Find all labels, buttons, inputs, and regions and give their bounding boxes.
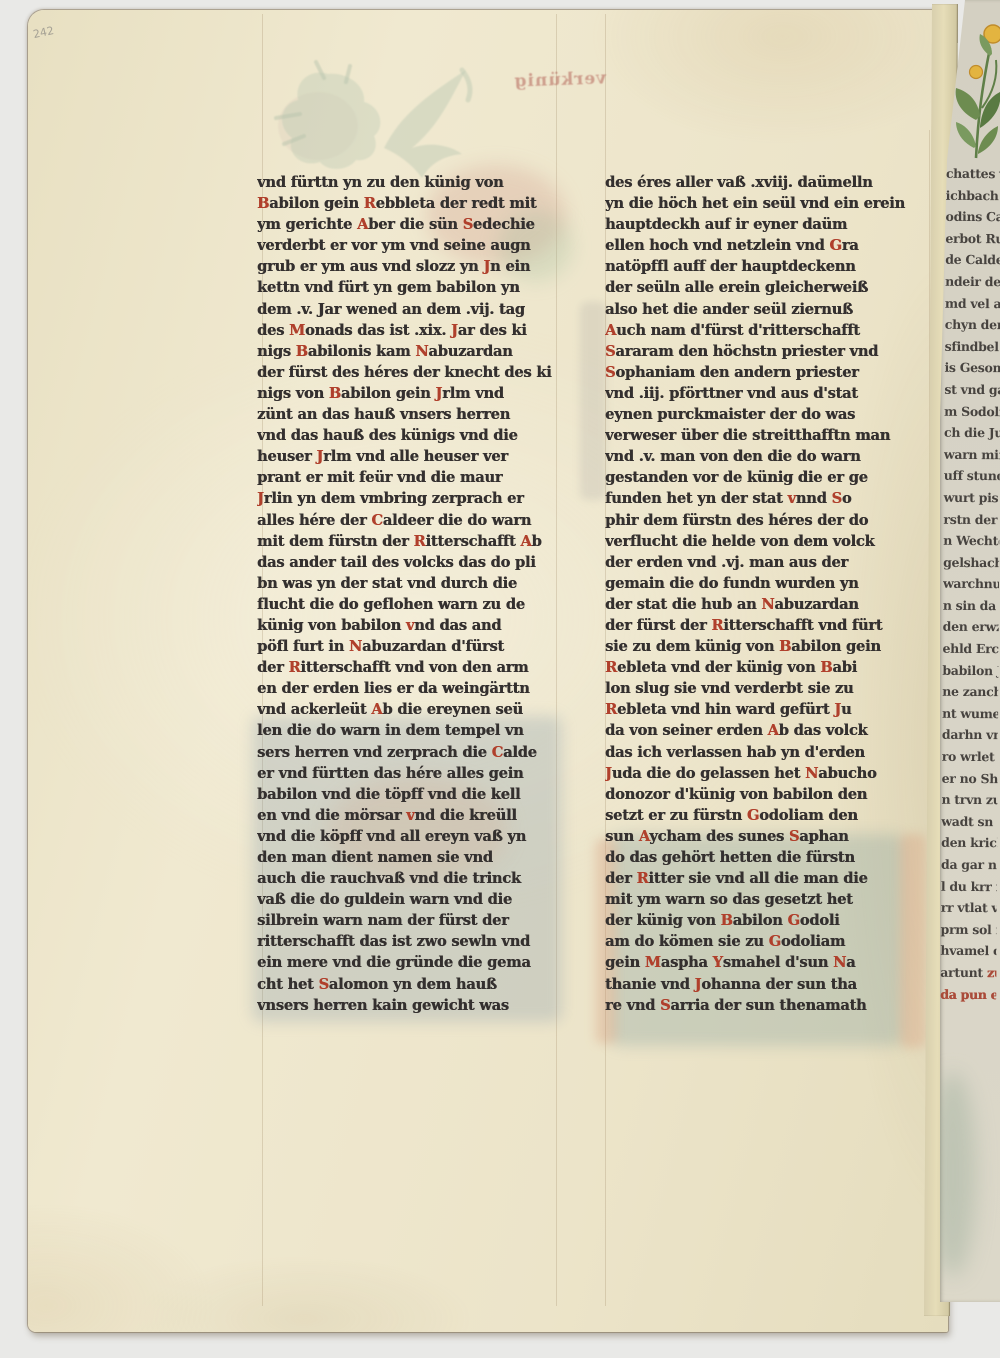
manuscript-text-line: ellen hoch vnd netzlein vnd Gra xyxy=(605,235,933,256)
manuscript-text-line: ym gerichte Aber die sün Sedechie xyxy=(257,214,561,235)
edge-text-line: wadt sn g xyxy=(941,811,997,833)
manuscript-text-line: gestanden vor de künig die er ge xyxy=(605,467,933,488)
manuscript-text-line: verderbt er vor ym vnd seine augn xyxy=(257,235,561,256)
manuscript-text-line: das ander tail des volcks das do pli xyxy=(257,552,561,573)
edge-text-line: gelshach y xyxy=(943,551,999,573)
manuscript-text-line: phir dem fürstn des héres der do xyxy=(605,510,933,531)
manuscript-text-line: vnd .iij. pförttner vnd aus d'stat xyxy=(605,383,933,404)
showthrough-smudge xyxy=(580,302,606,500)
edge-text-line: chyn dem v xyxy=(945,314,1000,336)
manuscript-text-line: vnd das hauß des künigs vnd die xyxy=(257,425,561,446)
edge-text-line: n trvn zu b xyxy=(941,789,997,811)
manuscript-text-line: verweser über die streitthafftn man xyxy=(605,425,933,446)
manuscript-text-line: en der erden lies er da weingärttn xyxy=(257,678,561,699)
edge-text-line: ne zanchn xyxy=(942,681,998,703)
edge-text-line: m Sodolia xyxy=(944,400,1000,422)
edge-text-line: hvamel ch xyxy=(940,940,996,962)
edge-text-line: er no Shur xyxy=(942,767,998,789)
manuscript-text-line: verflucht die helde von dem volck xyxy=(605,531,933,552)
folio-number-pencil: 242 xyxy=(32,24,55,41)
manuscript-text-line: vnd die köpff vnd all ereyn vaß yn xyxy=(257,826,561,847)
manuscript-text-line: cht het Salomon yn dem hauß xyxy=(257,974,561,995)
manuscript-text-line: bn was yn der stat vnd durch die xyxy=(257,573,561,594)
manuscript-text-line: Auch nam d'fürst d'ritterschafft xyxy=(605,320,933,341)
manuscript-text-line: en vnd die mörsar vnd die kreüll xyxy=(257,805,561,826)
edge-text-line: sfindbel N xyxy=(945,336,1000,358)
edge-text-line: warchnuß xyxy=(943,573,999,595)
manuscript-text-line: dem .v. Jar wened an dem .vij. tag xyxy=(257,299,561,320)
manuscript-text-line: sie zu dem künig von Babilon gein xyxy=(605,636,933,657)
edge-text-line: is Gesoma xyxy=(944,357,1000,379)
manuscript-text-line: auch die rauchvaß vnd die trinck xyxy=(257,868,561,889)
manuscript-text-line: eynen purckmaister der do was xyxy=(605,404,933,425)
manuscript-text-line: vnd .v. man von den die do warn xyxy=(605,446,933,467)
manuscript-text-line: babilon vnd die töpff vnd die kell xyxy=(257,784,561,805)
manuscript-text-line: gemain die do fundn wurden yn xyxy=(605,573,933,594)
manuscript-text-line: hauptdeckh auf ir eyner daüm xyxy=(605,214,933,235)
edge-text-line: babilon Jn xyxy=(942,659,998,681)
manuscript-text-line: alles hére der Caldeer die do warn xyxy=(257,510,561,531)
edge-text-line: l du krr n xyxy=(941,875,997,897)
manuscript-text-line: re vnd Sarria der sun thenamath xyxy=(605,995,933,1016)
edge-text-line: erbot Rur xyxy=(945,228,1000,250)
manuscript-text-line: sun Aycham des sunes Saphan xyxy=(605,826,933,847)
manuscript-text-line: mit dem fürstn der Ritterschafft Ab xyxy=(257,531,561,552)
edge-text-line: n Wechten xyxy=(943,530,999,552)
manuscript-text-line: künig von babilon vnd das and xyxy=(257,615,561,636)
manuscript-text-line: er vnd fürtten das hére alles gein xyxy=(257,763,561,784)
text-column-left: vnd fürttn yn zu den künig vonBabilon ge… xyxy=(257,172,561,1016)
manuscript-text-line: vnsers herren kain gewicht was xyxy=(257,995,561,1016)
manuscript-text-line: des Monads das ist .xix. Jar des ki xyxy=(257,320,561,341)
edge-text-line: den kriche xyxy=(941,832,997,854)
manuscript-text-line: flucht die do geflohen warn zu de xyxy=(257,594,561,615)
manuscript-text-line: yn die höch het ein seül vnd ein erein xyxy=(605,193,933,214)
manuscript-text-line: da von seiner erden Ab das volck xyxy=(605,720,933,741)
manuscript-text-line: Sararam den höchstn priester vnd xyxy=(605,341,933,362)
manuscript-text-line: lon slug sie vnd verderbt sie zu xyxy=(605,678,933,699)
manuscript-text-line: der seüln alle erein gleicherweiß xyxy=(605,277,933,298)
manuscript-text-line: mit ym warn so das gesetzt het xyxy=(605,889,933,910)
manuscript-text-line: also het die ander seül ziernuß xyxy=(605,299,933,320)
manuscript-text-line: pöfl furt in Nabuzardan d'fürst xyxy=(257,636,561,657)
manuscript-text-line: setzt er zu fürstn Godoliam den xyxy=(605,805,933,826)
manuscript-text-line: Babilon gein Rebbleta der redt mit xyxy=(257,193,561,214)
edge-text-line: ch die Jude xyxy=(944,422,1000,444)
edge-text-line: prm sol n xyxy=(941,919,997,941)
manuscript-text-line: Rebleta vnd hin ward gefürt Ju xyxy=(605,699,933,720)
manuscript-text-line: vaß die do guldein warn vnd die xyxy=(257,889,561,910)
manuscript-text-line: der Ritterschafft vnd von den arm xyxy=(257,657,561,678)
manuscript-text-line: do das gehört hetten die fürstn xyxy=(605,847,933,868)
manuscript-text-line: ritterschafft das ist zwo sewln vnd xyxy=(257,931,561,952)
manuscript-text-line: prant er mit feür vnd die maur xyxy=(257,467,561,488)
manuscript-text-line: Juda die do gelassen het Nabucho xyxy=(605,763,933,784)
edge-text-line: st vnd gan xyxy=(944,379,1000,401)
manuscript-text-line: donozor d'künig von babilon den xyxy=(605,784,933,805)
edge-text-line: warn mir xyxy=(944,444,1000,466)
edge-text-line: da gar n s xyxy=(941,854,997,876)
manuscript-text-line: der stat die hub an Nabuzardan xyxy=(605,594,933,615)
edge-text-line: odins Car xyxy=(945,206,1000,228)
edge-text-line: ichbach su xyxy=(946,184,1000,206)
edge-text-line: da pun est in xyxy=(940,983,996,1005)
manuscript-text-line: der fürst der Ritterschafft vnd fürt xyxy=(605,615,933,636)
manuscript-text-line: Sophaniam den andern priester xyxy=(605,362,933,383)
manuscript-text-line: nigs Babilonis kam Nabuzardan xyxy=(257,341,561,362)
manuscript-text-line: der erden vnd .vj. man aus der xyxy=(605,552,933,573)
edge-text-line: darhn vnd xyxy=(942,724,998,746)
edge-text-line: n sin da Ju xyxy=(943,595,999,617)
facing-page-text-clipped: chattes vnichbach suodins Carerbot Rurde… xyxy=(940,163,1000,1006)
edge-text-line: rstn der H xyxy=(943,508,999,530)
manuscript-text-line: des éres aller vaß .xviij. daümelln xyxy=(605,172,933,193)
edge-text-line: nt wume v xyxy=(942,703,998,725)
edge-text-line: den erwz t xyxy=(943,616,999,638)
manuscript-text-line: gein Maspha Ysmahel d'sun Na xyxy=(605,952,933,973)
foliate-sketch-showthrough-icon xyxy=(266,56,490,178)
manuscript-text-line: am do kömen sie zu Godoliam xyxy=(605,931,933,952)
manuscript-text-line: natöpffl auff der hauptdeckenn xyxy=(605,256,933,277)
text-column-right: des éres aller vaß .xviij. daümellnyn di… xyxy=(605,172,933,1016)
edge-text-line: artunt zu he xyxy=(940,962,996,984)
edge-text-line: de Caldeern xyxy=(945,249,1000,271)
edge-text-line: ehld Erchi xyxy=(942,638,998,660)
manuscript-text-line: ein mere vnd die gründe die gema xyxy=(257,952,561,973)
manuscript-text-line: kettn vnd fürt yn gem babilon yn xyxy=(257,277,561,298)
manuscript-text-line: der Ritter sie vnd all die man die xyxy=(605,868,933,889)
manuscript-text-line: silbrein warn nam der fürst der xyxy=(257,910,561,931)
manuscript-leaf: 242 verkünig vnd fürttn yn zu den künig … xyxy=(28,10,948,1332)
manuscript-text-line: vnd fürttn yn zu den künig von xyxy=(257,172,561,193)
edge-text-line: chattes vn xyxy=(946,163,1000,185)
manuscript-text-line: funden het yn der stat vnnd So xyxy=(605,488,933,509)
manuscript-text-line: grub er ym aus vnd slozz yn Jn ein xyxy=(257,256,561,277)
edge-text-line: rr vtlat v xyxy=(941,897,997,919)
manuscript-text-line: Jrlin yn dem vmbring zerprach er xyxy=(257,488,561,509)
manuscript-text-line: zünt an das hauß vnsers herren xyxy=(257,404,561,425)
manuscript-text-line: heuser Jrlm vnd alle heuser ver xyxy=(257,446,561,467)
edge-text-line: ro wrlet s xyxy=(942,746,998,768)
manuscript-text-line: den man dient namen sie vnd xyxy=(257,847,561,868)
manuscript-text-line: der fürst des héres der knecht des ki xyxy=(257,362,561,383)
manuscript-text-line: das ich verlassen hab yn d'erden xyxy=(605,742,933,763)
manuscript-text-line: der künig von Babilon Godoli xyxy=(605,910,933,931)
manuscript-text-line: Rebleta vnd der künig von Babi xyxy=(605,657,933,678)
edge-text-line: ndeir dem k xyxy=(945,271,1000,293)
manuscript-text-line: thanie vnd Johanna der sun tha xyxy=(605,974,933,995)
edge-text-line: uff stund xyxy=(944,465,1000,487)
running-title-showthrough: verkünig xyxy=(501,68,618,104)
manuscript-text-line: sers herren vnd zerprach die Calde xyxy=(257,742,561,763)
edge-text-line: md vel arr xyxy=(945,292,1000,314)
edge-text-line: wurt pis z xyxy=(944,487,1000,509)
manuscript-text-line: nigs von Babilon gein Jrlm vnd xyxy=(257,383,561,404)
manuscript-text-line: len die do warn in dem tempel vn xyxy=(257,720,561,741)
manuscript-text-line: vnd ackerleüt Ab die ereynen seü xyxy=(257,699,561,720)
facing-page-edge: chattes vnichbach suodins Carerbot Rurde… xyxy=(938,0,1000,1302)
